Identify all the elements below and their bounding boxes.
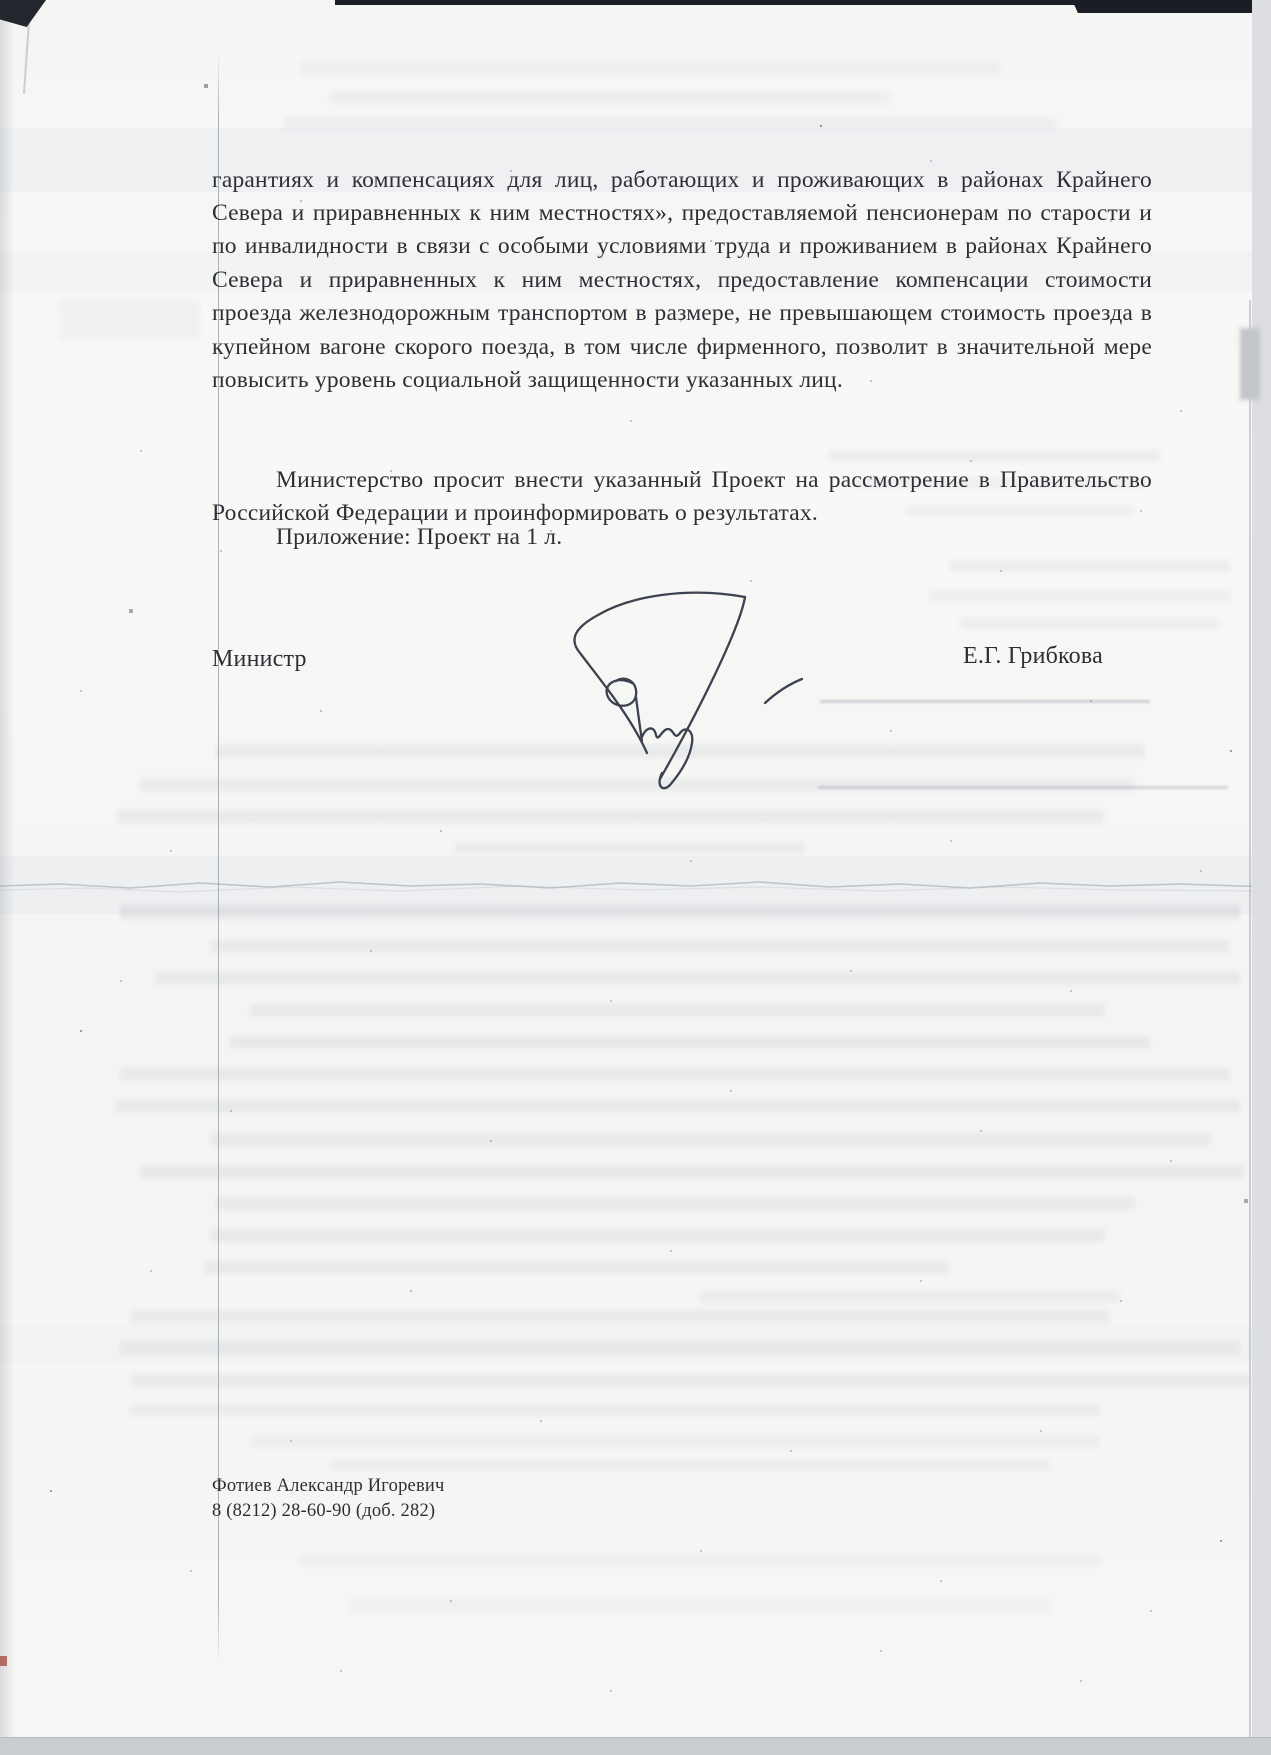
bleed-through-line: [120, 1068, 1230, 1081]
signature-title: Министр: [212, 646, 307, 673]
paper-crease: [0, 876, 1271, 898]
bleed-through-line: [455, 842, 805, 854]
bleed-through-underline: [820, 700, 1150, 703]
red-edge-mark: [0, 1656, 7, 1666]
scanned-letter-page: гарантиях и компенсациях для лиц, работа…: [0, 0, 1271, 1755]
bleed-through-line: [950, 560, 1230, 572]
bleed-through-line: [210, 1229, 1105, 1242]
scan-right-smudge: [1240, 328, 1260, 400]
bleed-through-line: [300, 62, 1000, 74]
bleed-through-line: [130, 1404, 1100, 1416]
bleed-through-line: [930, 590, 1230, 601]
bleed-through-line: [300, 1555, 1100, 1566]
body-paragraph-1: гарантиях и компенсациях для лиц, работа…: [212, 164, 1152, 398]
signatory-name: Е.Г. Грибкова: [963, 643, 1103, 670]
bleed-through-line: [230, 1036, 1150, 1049]
bleed-through-line: [210, 1133, 1210, 1146]
page-edge-right-line: [1249, 300, 1251, 1755]
bleed-through-line: [250, 1436, 1100, 1448]
bleed-through-line: [130, 1310, 1110, 1323]
bleed-through-line: [120, 905, 1240, 919]
body-paragraph-2: Министерство просит внести указанный Про…: [212, 464, 1152, 531]
bleed-through-line: [285, 118, 1055, 130]
bleed-through-line: [210, 940, 1230, 953]
contact-phone: 8 (8212) 28-60-90 (доб. 282): [212, 1499, 444, 1524]
handwritten-signature: [540, 585, 810, 800]
bleed-through-line: [115, 1100, 1240, 1113]
scan-bottom-band: [0, 1737, 1271, 1755]
bleed-through-line: [830, 450, 1160, 462]
bleed-through-line: [205, 1261, 950, 1274]
bleed-through-line: [130, 1374, 1250, 1387]
bleed-through-line: [215, 1197, 1135, 1210]
scan-left-shadow: [0, 0, 14, 1755]
bleed-through-line: [140, 1165, 1245, 1178]
bleed-through-line: [250, 1004, 1105, 1017]
bleed-through-line: [120, 1342, 1240, 1355]
bleed-through-smudge: [60, 300, 200, 340]
bleed-through-line: [330, 92, 890, 103]
bleed-through-line: [350, 1600, 1050, 1611]
bleed-through-line: [700, 1291, 1120, 1303]
contact-block: Фотиев Александр Игоревич 8 (8212) 28-60…: [212, 1474, 444, 1523]
bleed-through-line: [118, 810, 1103, 823]
bleed-through-line: [960, 618, 1220, 629]
bleed-through-line: [155, 972, 1240, 985]
bleed-through-line: [330, 1460, 1050, 1471]
attachment-line: Приложение: Проект на 1 л.: [276, 524, 562, 551]
scan-right-band: [1252, 0, 1271, 1755]
scanner-bed-corner-top-right: [1072, 0, 1271, 13]
contact-name: Фотиев Александр Игоревич: [212, 1474, 444, 1499]
